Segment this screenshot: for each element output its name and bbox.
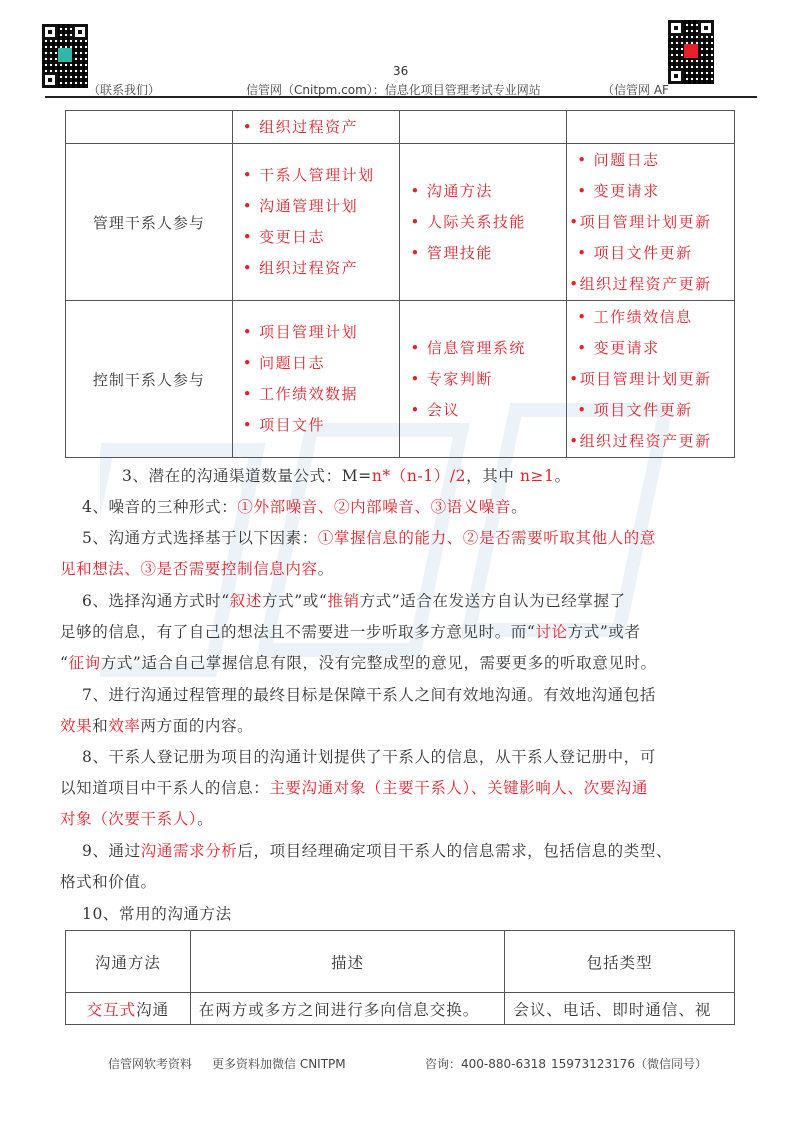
bullet-icon: • [410,395,420,426]
method-cell: 交互式沟通 [66,993,191,1025]
bullet-icon: • [410,333,420,364]
bullet-icon: • [243,191,253,222]
output-item: 工作绩效信息 [594,308,693,326]
section-heading: 10、常用的沟通方法 [82,905,232,923]
input-item: 变更日志 [259,228,325,246]
column-header: 描述 [190,931,505,993]
output-item: 项目管理计划更新 [580,213,712,231]
tools-cell: •信息管理系统 •专家判断 •会议 [400,301,567,458]
keyword-highlight: 效率 [108,717,140,735]
stakeholder-types-highlight: 主要沟通对象（主要干系人）、关键影响人、次要沟通 [269,779,648,797]
footer-wechat: 更多资料加微信 CNITPM [212,1055,346,1072]
footer-mobile: 15973123176（微信同号） [551,1055,707,1072]
bullet-icon: • [569,426,579,457]
text: 以知道项目中干系人的信息： [60,779,269,797]
bullet-icon: • [569,269,579,300]
factors-highlight: 见和想法、③是否需要控制信息内容 [60,560,318,578]
footer-consult-phone: 咨询：400-880-6318 [425,1055,546,1072]
text: ，其中 [466,467,520,485]
tools-cell [400,111,567,144]
bullet-icon: • [243,222,253,253]
point-7: 7、进行沟通过程管理的最终目标是保障干系人之间有效地沟通。有效地沟通包括 效果和… [70,680,740,742]
process-name-cell [66,111,233,144]
text: 。 [555,467,571,485]
text: 4、噪音的三种形式： [82,498,237,516]
bullet-icon: • [243,410,253,441]
bullet-icon: • [243,112,253,142]
tool-item: 人际关系技能 [427,213,526,231]
process-name-cell: 控制干系人参与 [66,301,233,458]
header-rule [45,96,757,98]
bullet-icon: • [577,395,587,426]
inputs-cell: •组织过程资产 [232,111,400,144]
qr-finder [668,20,684,36]
text: 方式”适合在发送方自认为已经掌握了 [360,592,626,610]
bullet-icon: • [243,317,253,348]
text: 格式和价值。 [60,873,157,891]
noise-types-highlight: ①外部噪音、②内部噪音、③语义噪音 [237,498,511,516]
methods-table: 沟通方法 描述 包括类型 交互式沟通 在两方或多方之间进行多向信息交换。 会议、… [65,930,735,1025]
input-item: 项目文件 [259,416,325,434]
bullet-icon: • [410,176,420,207]
condition-highlight: n≥1 [520,467,555,485]
keyword-highlight: 叙述 [230,592,262,610]
bullet-icon: • [577,238,587,269]
keyword-highlight: 效果 [60,717,92,735]
input-item: 项目管理计划 [259,323,358,341]
output-item: 项目文件更新 [594,401,693,419]
table-row: •组织过程资产 [66,111,735,144]
inputs-cell: •项目管理计划 •问题日志 •工作绩效数据 •项目文件 [232,301,400,458]
keyword-highlight: 沟通需求分析 [141,842,238,860]
point-4: 4、噪音的三种形式：①外部噪音、②内部噪音、③语义噪音。 [70,492,740,523]
text: 3、潜在的沟通渠道数量公式：M= [110,467,372,485]
text: 方式”或“ [262,592,327,610]
text: 方式”适合自己掌握信息有限，没有完整成型的意见，需要更多的听取意见时。 [101,654,657,672]
input-item: 沟通管理计划 [259,197,358,215]
inputs-cell: •干系人管理计划 •沟通管理计划 •变更日志 •组织过程资产 [232,144,400,301]
output-item: 问题日志 [594,151,660,169]
text: 足够的信息，有了自己的想法且不需要进一步听取多方意见时。而“ [60,623,535,641]
tool-item: 管理技能 [427,244,493,262]
bullet-icon: • [577,176,587,207]
table-row: 交互式沟通 在两方或多方之间进行多向信息交换。 会议、电话、即时通信、视 [66,993,735,1025]
types-cell: 会议、电话、即时通信、视 [505,993,735,1025]
bullet-icon: • [243,253,253,284]
bullet-icon: • [569,364,579,395]
description-cell: 在两方或多方之间进行多向信息交换。 [190,993,505,1025]
process-table: •组织过程资产 管理干系人参与 •干系人管理计划 •沟通管理计划 •变更日志 •… [65,110,735,458]
text: 两方面的内容。 [141,717,254,735]
point-3: 3、潜在的沟通渠道数量公式：M=n*（n-1）/2，其中 n≥1。 [70,461,740,492]
bullet-icon: • [243,160,253,191]
stakeholder-types-highlight: 对象（次要干系人） [60,810,197,828]
outputs-cell [567,111,735,144]
input-item: 组织过程资产 [259,259,358,277]
bullet-icon: • [410,364,420,395]
method-highlight: 交互式 [87,1001,137,1019]
keyword-highlight: 讨论 [535,623,567,641]
output-item: 组织过程资产更新 [580,432,712,450]
tool-item: 会议 [427,401,460,419]
output-item: 变更请求 [594,182,660,200]
point-5: 5、沟通方式选择基于以下因素：①掌握信息的能力、②是否需要听取其他人的意 见和想… [70,523,740,585]
tool-item: 信息管理系统 [427,339,526,357]
qr-finder [698,20,714,36]
tool-item: 专家判断 [427,370,493,388]
point-10-title: 10、常用的沟通方法 [70,899,740,930]
output-item: 项目文件更新 [594,244,693,262]
qr-code-contact [42,24,88,88]
page-number: 36 [393,64,408,78]
table-row: 管理干系人参与 •干系人管理计划 •沟通管理计划 •变更日志 •组织过程资产 •… [66,144,735,301]
text: 7、进行沟通过程管理的最终目标是保障干系人之间有效地沟通。有效地沟通包括 [82,686,656,704]
text: 和 [92,717,108,735]
point-8: 8、干系人登记册为项目的沟通计划提供了干系人的信息，从干系人登记册中，可 以知道… [70,742,740,835]
text: 。 [318,560,334,578]
bullet-icon: • [577,302,587,333]
qr-finder [72,24,88,40]
point-9: 9、通过沟通需求分析后，项目经理确定项目干系人的信息需求，包括信息的类型、 格式… [70,836,740,898]
text: 方式”或者 [568,623,641,641]
text: “ [60,654,69,672]
tools-cell: •沟通方法 •人际关系技能 •管理技能 [400,144,567,301]
text: 。 [197,810,213,828]
output-item: 项目管理计划更新 [580,370,712,388]
table-header-row: 沟通方法 描述 包括类型 [66,931,735,993]
process-name-cell: 管理干系人参与 [66,144,233,301]
outputs-cell: •工作绩效信息 •变更请求 •项目管理计划更新 •项目文件更新 •组织过程资产更… [567,301,735,458]
input-item: 问题日志 [259,354,325,372]
text: 沟通 [136,1001,169,1019]
qr-logo-icon [684,44,698,58]
point-6: 6、选择沟通方式时“叙述方式”或“推销方式”适合在发送方自认为已经掌握了 足够的… [70,586,740,679]
output-item: 组织过程资产更新 [580,275,712,293]
bullet-icon: • [410,207,420,238]
keyword-highlight: 推销 [327,592,359,610]
outputs-cell: •问题日志 •变更请求 •项目管理计划更新 •项目文件更新 •组织过程资产更新 [567,144,735,301]
text: 后，项目经理确定项目干系人的信息需求，包括信息的类型、 [237,842,672,860]
bullet-icon: • [577,333,587,364]
output-item: 变更请求 [594,339,660,357]
footer-brand: 信管网软考资料 [108,1055,192,1072]
text: 9、通过 [82,842,141,860]
input-item: 工作绩效数据 [259,385,358,403]
bullet-icon: • [243,379,253,410]
text: 6、选择沟通方式时“ [82,592,230,610]
text: 。 [511,498,527,516]
bullet-icon: • [243,348,253,379]
qr-finder [668,68,684,84]
input-item: 干系人管理计划 [259,166,375,184]
column-header: 沟通方法 [66,931,191,993]
bullet-icon: • [577,145,587,176]
factors-highlight: ①掌握信息的能力、②是否需要听取其他人的意 [318,529,656,547]
bullet-icon: • [569,207,579,238]
qr-logo-icon [58,48,72,62]
text: 8、干系人登记册为项目的沟通计划提供了干系人的信息，从干系人登记册中，可 [82,748,656,766]
tool-item: 沟通方法 [427,182,493,200]
qr-finder [42,72,58,88]
text: 5、沟通方式选择基于以下因素： [82,529,318,547]
keyword-highlight: 征询 [69,654,101,672]
table-row: 控制干系人参与 •项目管理计划 •问题日志 •工作绩效数据 •项目文件 •信息管… [66,301,735,458]
qr-finder [42,24,58,40]
bullet-icon: • [410,238,420,269]
qr-code-app [668,20,714,84]
column-header: 包括类型 [505,931,735,993]
input-item: 组织过程资产 [259,118,358,136]
formula-highlight: n*（n-1）/2 [372,467,466,485]
